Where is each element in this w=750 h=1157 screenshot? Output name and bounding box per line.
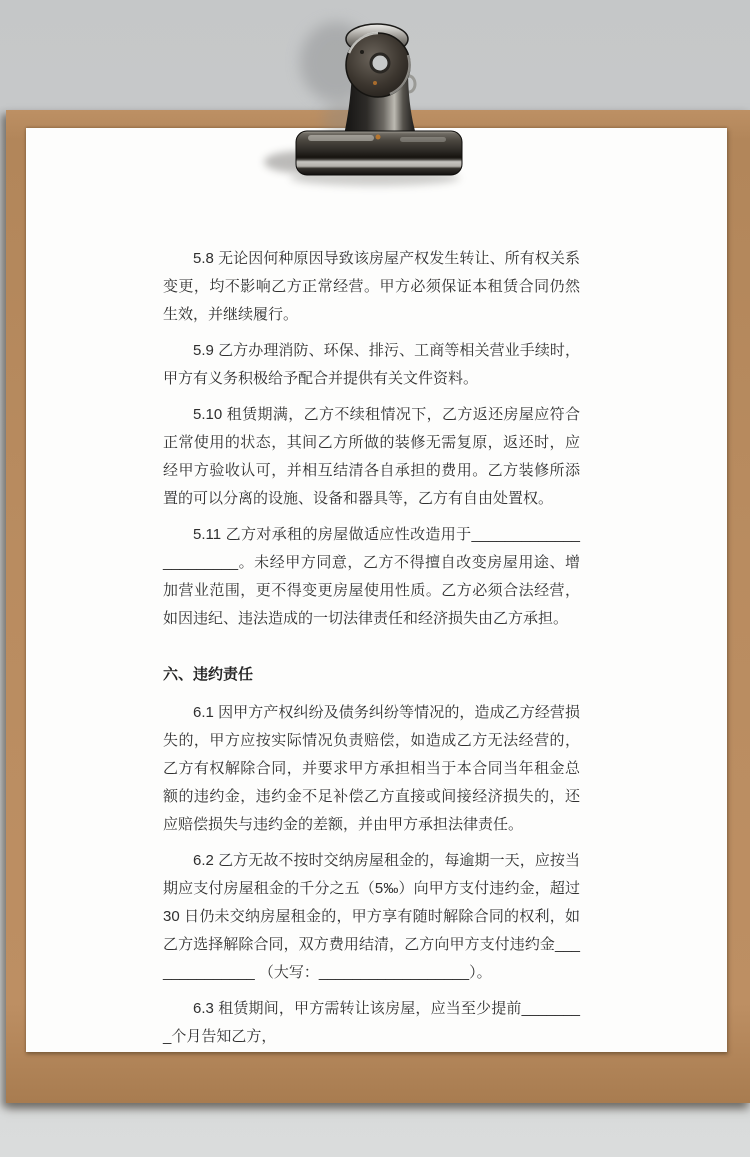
binder-clip [250, 8, 510, 208]
contract-paper: 5.8 无论因何种原因导致该房屋产权发生转让、所有权关系变更，均不影响乙方正常经… [26, 128, 727, 1052]
contract-text: 5.8 无论因何种原因导致该房屋产权发生转让、所有权关系变更，均不影响乙方正常经… [26, 128, 727, 1051]
clause-6-1: 6.1 因甲方产权纠纷及债务纠纷等情况的，造成乙方经营损失的，甲方应按实际情况负… [163, 699, 580, 839]
clip-screw-dot [360, 50, 364, 54]
clause-5-10: 5.10 租赁期满，乙方不续租情况下，乙方返还房屋应符合正常使用的状态，其间乙方… [163, 401, 580, 513]
clip-jaw-highlight-left [308, 135, 374, 141]
clipboard-photo-scene: 5.8 无论因何种原因导致该房屋产权发生转让、所有权关系变更，均不影响乙方正常经… [0, 0, 750, 1157]
section-heading-breach-liability: 六、违约责任 [163, 661, 580, 689]
clip-knob-hole [371, 54, 389, 72]
clause-5-8: 5.8 无论因何种原因导致该房屋产权发生转让、所有权关系变更，均不影响乙方正常经… [163, 245, 580, 329]
clause-5-9: 5.9 乙方办理消防、环保、排污、工商等相关营业手续时，甲方有义务积极给予配合并… [163, 337, 580, 393]
clip-jaw-highlight-right [400, 137, 446, 142]
clause-6-3: 6.3 租赁期间，甲方需转让该房屋，应当至少提前________个月告知乙方， [163, 995, 580, 1051]
clip-reflection-speck-lower [376, 135, 381, 140]
clause-5-11: 5.11 乙方对承租的房屋做适应性改造用于___________________… [163, 521, 580, 633]
clause-6-2: 6.2 乙方无故不按时交纳房屋租金的，每逾期一天，应按当期应支付房屋租金的千分之… [163, 847, 580, 987]
clip-reflection-speck-upper [373, 81, 377, 85]
